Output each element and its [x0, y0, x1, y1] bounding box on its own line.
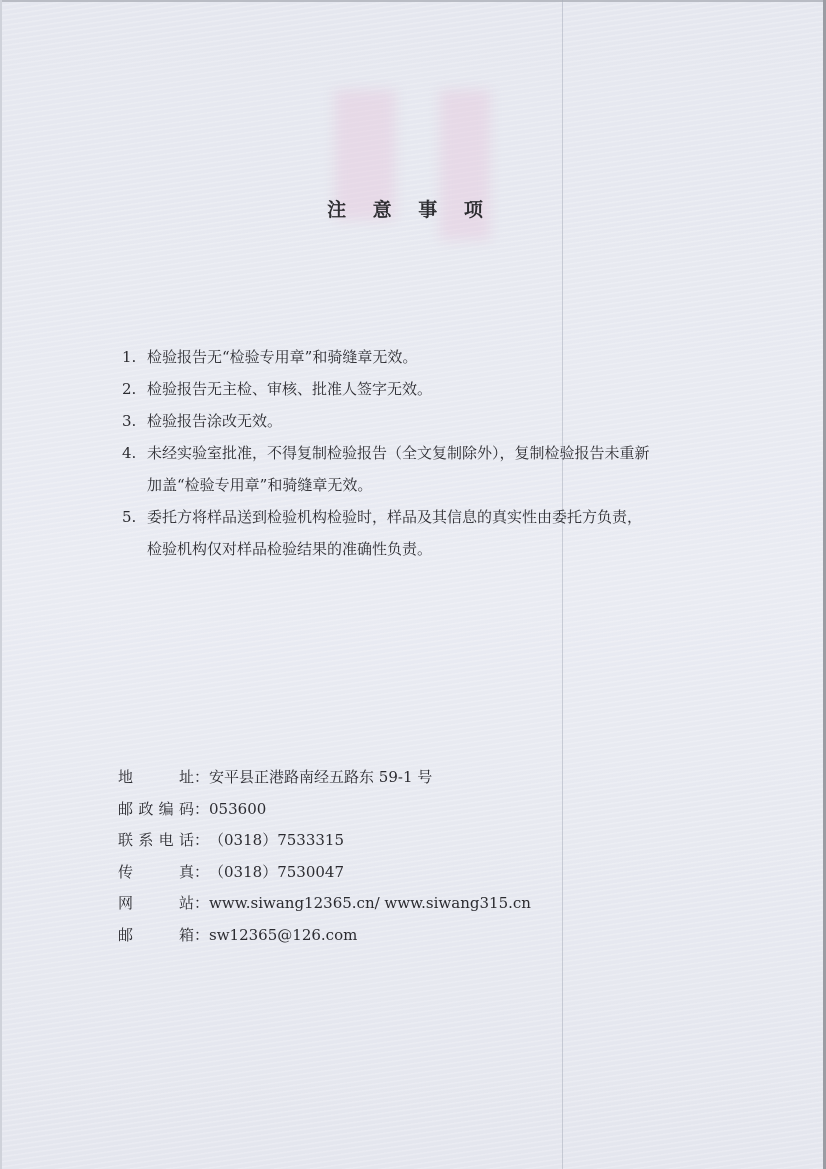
contact-fax: 传 真：（0318）7530047	[118, 857, 531, 889]
note-line: 检验机构仅对样品检验结果的准确性负责。	[147, 540, 432, 558]
page-left-edge	[0, 0, 2, 1169]
note-line: 未经实验室批准，不得复制检验报告（全文复制除外），复制检验报告未重新	[147, 444, 650, 462]
note-item: 5. 委托方将样品送到检验机构检验时，样品及其信息的真实性由委托方负责， 检验机…	[122, 501, 722, 565]
note-number: 3.	[122, 405, 147, 437]
notes-list: 1. 检验报告无“检验专用章”和骑缝章无效。 2. 检验报告无主检、审核、批准人…	[122, 341, 722, 565]
note-line: 加盖“检验专用章”和骑缝章无效。	[147, 476, 372, 494]
contact-label: 传 真	[118, 857, 194, 889]
contact-address: 地 址：安平县正港路南经五路东 59-1 号	[118, 762, 531, 794]
note-number: 4.	[122, 437, 147, 469]
contact-label: 地 址	[118, 762, 194, 794]
note-line: 检验报告无主检、审核、批准人签字无效。	[147, 380, 432, 398]
contact-label: 网 站	[118, 888, 194, 920]
contact-email: 邮 箱：sw12365@126.com	[118, 920, 531, 952]
phone-value: （0318）7533315	[209, 825, 344, 857]
label-separator: ：	[194, 920, 209, 952]
page-top-edge	[0, 0, 826, 2]
contact-website: 网 站：www.siwang12365.cn/ www.siwang315.cn	[118, 888, 531, 920]
label-separator: ：	[194, 825, 209, 857]
label-separator: ：	[194, 762, 209, 794]
contact-info: 地 址：安平县正港路南经五路东 59-1 号 邮政编码：053600 联系电话：…	[118, 762, 531, 951]
note-item: 3. 检验报告涂改无效。	[122, 405, 722, 437]
fold-line	[562, 0, 563, 1169]
note-text: 委托方将样品送到检验机构检验时，样品及其信息的真实性由委托方负责， 检验机构仅对…	[147, 501, 722, 565]
contact-label: 联系电话	[118, 825, 194, 857]
label-separator: ：	[194, 888, 209, 920]
note-number: 5.	[122, 501, 147, 533]
note-line: 检验报告涂改无效。	[147, 412, 282, 430]
label-separator: ：	[194, 857, 209, 889]
note-text: 检验报告涂改无效。	[147, 405, 722, 437]
email-value: sw12365@126.com	[209, 920, 357, 952]
note-number: 1.	[122, 341, 147, 373]
contact-label: 邮政编码	[118, 794, 194, 826]
contact-phone: 联系电话：（0318）7533315	[118, 825, 531, 857]
document-page: 注 意 事 项 1. 检验报告无“检验专用章”和骑缝章无效。 2. 检验报告无主…	[0, 0, 826, 1169]
label-separator: ：	[194, 794, 209, 826]
note-item: 2. 检验报告无主检、审核、批准人签字无效。	[122, 373, 722, 405]
note-text: 未经实验室批准，不得复制检验报告（全文复制除外），复制检验报告未重新 加盖“检验…	[147, 437, 722, 501]
contact-label: 邮 箱	[118, 920, 194, 952]
note-line: 检验报告无“检验专用章”和骑缝章无效。	[147, 348, 417, 366]
note-text: 检验报告无“检验专用章”和骑缝章无效。	[147, 341, 722, 373]
website-value: www.siwang12365.cn/ www.siwang315.cn	[209, 888, 531, 920]
note-number: 2.	[122, 373, 147, 405]
address-value: 安平县正港路南经五路东 59-1 号	[209, 762, 432, 794]
postcode-value: 053600	[209, 794, 266, 826]
note-item: 4. 未经实验室批准，不得复制检验报告（全文复制除外），复制检验报告未重新 加盖…	[122, 437, 722, 501]
fax-value: （0318）7530047	[209, 857, 344, 889]
note-line: 委托方将样品送到检验机构检验时，样品及其信息的真实性由委托方负责，	[147, 508, 642, 526]
contact-postcode: 邮政编码：053600	[118, 794, 531, 826]
page-title: 注 意 事 项	[300, 195, 520, 222]
note-item: 1. 检验报告无“检验专用章”和骑缝章无效。	[122, 341, 722, 373]
note-text: 检验报告无主检、审核、批准人签字无效。	[147, 373, 722, 405]
